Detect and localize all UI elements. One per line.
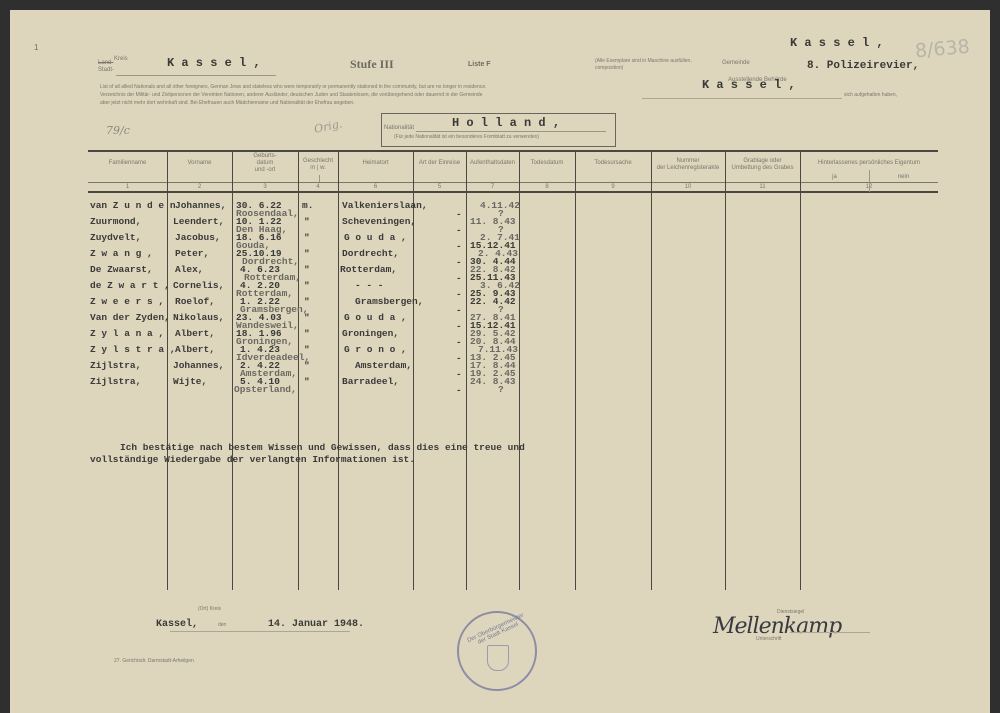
cell-given-name: Peter, — [175, 248, 209, 259]
cell-surname: Zuydvelt, — [90, 232, 141, 243]
col-header-death-date: Todesdatum — [519, 160, 575, 167]
col-num-3: 3 — [232, 184, 298, 191]
cell-entry: - — [456, 225, 462, 236]
cell-entry: - — [456, 321, 462, 332]
cell-home: Scheveningen, — [342, 216, 416, 227]
cell-given-name: Albert, — [175, 344, 215, 355]
nationality-note: (Für jede Nationalität ist ein besondere… — [394, 134, 539, 141]
col-header-property: Hinterlassenes persönliches Eigentum — [800, 160, 938, 167]
col-line — [519, 150, 520, 590]
place-value: Kassel, — [156, 619, 198, 630]
cell-home: Amsterdam, — [355, 360, 412, 371]
col-header-surname: Familienname — [88, 160, 167, 167]
stadt-label: Stadt- — [98, 67, 114, 74]
cell-entry: - — [456, 385, 462, 396]
col-header-grave: Grablage oder Umbettung des Grabes — [725, 158, 800, 172]
cell-given-name: Wijte, — [173, 376, 207, 387]
cell-home: G o u d a , — [344, 312, 407, 323]
cell-sex: m. — [302, 200, 313, 211]
col-header-birth: Geburts- datum und -ort — [232, 153, 298, 174]
intro-line-2-end: sich aufgehalten haben, — [844, 92, 897, 99]
instructions-note: (Alle Exemplare sind in Maschine ausfüll… — [595, 58, 705, 72]
cell-surname: de Z w a r t , — [90, 280, 170, 291]
cell-stay-from: 22. 4.42 — [470, 296, 516, 307]
cell-given-name: Leendert, — [173, 216, 224, 227]
cell-home: Gramsbergen, — [355, 296, 423, 307]
cell-surname: De Zwaarst, — [90, 264, 153, 275]
col-num-7: 7 — [466, 184, 519, 191]
col-header-death-cause: Todesursache — [575, 160, 651, 167]
cell-entry: - — [456, 257, 462, 268]
cell-given-name: Cornelis, — [173, 280, 224, 291]
cell-home: - - - — [355, 280, 384, 291]
official-seal: Der Oberbürgermeister der Stadt Kassel — [457, 611, 537, 691]
cell-given-name: Jacobus, — [175, 232, 221, 243]
cell-sex: " — [304, 280, 310, 291]
col-header-given-name: Vorname — [167, 160, 232, 167]
col-num-10: 10 — [651, 184, 725, 191]
col-header-home: Heimatort — [338, 160, 413, 167]
intro-line-3: aber jetzt nicht mehr dort wohnhaft sind… — [100, 100, 640, 107]
gemeinde-label: Gemeinde — [722, 60, 750, 67]
col-line — [338, 150, 339, 590]
cell-surname: Z w a n g , — [90, 248, 153, 259]
cell-stay-from: 11. 8.43 — [470, 216, 516, 227]
col-line — [575, 150, 576, 590]
place-label: (Ort) Kreis — [198, 606, 221, 613]
nationality-value: H o l l a n d , — [452, 116, 560, 130]
col-line — [725, 150, 726, 590]
land-label-struck: Land- — [98, 60, 113, 67]
liste-label: Liste F — [468, 61, 491, 68]
cell-given-name: Nikolaus, — [173, 312, 224, 323]
col-num-5: 5 — [413, 184, 466, 191]
intro-line-2: Verzeichnis der Militär- und Zivilperson… — [100, 92, 640, 99]
cell-birth-place: Opsterland, — [234, 384, 297, 395]
cell-surname: Zijlstra, — [90, 376, 141, 387]
intro-line-1: List of all allied Nationals and all oth… — [100, 84, 900, 91]
table-top-rule — [88, 150, 938, 152]
handwritten-note: 79/c — [106, 124, 130, 137]
cell-entry: - — [456, 289, 462, 300]
signature-label: Unterschrift — [756, 636, 782, 643]
cell-stay-to: ? — [498, 384, 504, 395]
cell-surname: Z y l s t r a , — [90, 344, 176, 355]
col-header-property-yes: ja — [800, 174, 869, 181]
cell-home: Valkenierslaan, — [342, 200, 428, 211]
header-bottom-rule — [88, 191, 938, 193]
cell-home: G r o n o , — [344, 344, 407, 355]
col-num-2: 2 — [167, 184, 232, 191]
cell-entry: - — [456, 305, 462, 316]
col-line — [800, 150, 801, 590]
cell-home: G o u d a , — [344, 232, 407, 243]
certification-line-2: vollständige Wiedergabe der verlangten I… — [90, 454, 415, 465]
nationality-label: Nationalität — [384, 125, 414, 132]
col-num-1: 1 — [88, 184, 167, 191]
cell-sex: " — [304, 264, 310, 275]
nationality-box: Nationalität H o l l a n d , (Für jede N… — [381, 113, 616, 147]
col-num-8: 8 — [519, 184, 575, 191]
certification-line-1: Ich bestätige nach bestem Wissen und Gew… — [120, 442, 525, 453]
date-value: 14. Januar 1948. — [268, 619, 364, 630]
cell-entry: - — [456, 209, 462, 220]
col-header-property-no: nein — [869, 174, 938, 181]
col-num-9: 9 — [575, 184, 651, 191]
col-num-4: 4 — [298, 184, 338, 191]
col-header-sex: Geschlecht m | w. — [298, 158, 338, 172]
cell-entry: - — [456, 241, 462, 252]
page-marker: 1 — [34, 43, 38, 52]
cell-sex: " — [304, 312, 310, 323]
cell-sex: " — [304, 360, 310, 371]
cell-sex: " — [304, 328, 310, 339]
cell-given-name: Albert, — [175, 328, 215, 339]
cell-entry: - — [456, 273, 462, 284]
coat-of-arms-icon — [487, 645, 509, 671]
kreis-label: Kreis — [114, 56, 128, 63]
intro-dotted-line — [642, 98, 842, 99]
cell-surname: Z w e e r s , — [90, 296, 164, 307]
cell-home: Rotterdam, — [340, 264, 397, 275]
archive-number: 8/638 — [914, 36, 970, 63]
cell-sex: " — [304, 232, 310, 243]
cell-given-name: Johannes, — [173, 360, 224, 371]
cell-given-name: Roelof, — [175, 296, 215, 307]
cell-given-name: Alex, — [175, 264, 204, 275]
stufe-label: Stufe III — [350, 57, 394, 72]
cell-sex: " — [304, 248, 310, 259]
cell-home: Groningen, — [342, 328, 399, 339]
cell-sex: " — [304, 216, 310, 227]
col-line — [651, 150, 652, 590]
document-page: 1 Land- Kreis Stadt- K a s s e l , Stufe… — [10, 10, 990, 713]
col-header-register: Nummer der Leichenregisterakte — [651, 158, 725, 172]
city-underline — [116, 75, 276, 76]
header-divider — [88, 182, 938, 183]
cell-stay-from: 24. 8.43 — [470, 376, 516, 387]
cell-given-name: Johannes, — [175, 200, 226, 211]
col-line — [466, 150, 467, 590]
city-value: K a s s e l , — [167, 56, 261, 70]
authority-value: 8. Polizeirevier, — [807, 60, 919, 72]
col-header-entry: Art der Einreise — [413, 160, 466, 167]
cell-surname: Z y l a n a , — [90, 328, 164, 339]
col-subline — [869, 170, 870, 192]
cell-home: Barradeel, — [342, 376, 399, 387]
cell-surname: Zuurmond, — [90, 216, 141, 227]
sex-subline — [319, 175, 320, 182]
cell-surname: Zijlstra, — [90, 360, 141, 371]
gemeinde-value: K a s s e l , — [790, 36, 884, 50]
col-line — [232, 150, 233, 590]
handwritten-stamp: Orig. — [313, 117, 343, 136]
den-label: den — [218, 622, 226, 629]
date-underline — [170, 631, 350, 632]
nationality-underline — [416, 131, 606, 132]
cell-entry: - — [456, 337, 462, 348]
cell-surname: Van der Zyden, — [90, 312, 170, 323]
signature-line — [790, 632, 870, 633]
cell-home: Dordrecht, — [342, 248, 399, 259]
cell-entry: - — [456, 369, 462, 380]
col-num-6: 6 — [338, 184, 413, 191]
col-num-11: 11 — [725, 184, 800, 191]
col-line — [167, 150, 168, 590]
col-header-stay: Aufenthaltsdaten — [466, 160, 519, 167]
cell-entry: - — [456, 353, 462, 364]
cell-sex: " — [304, 376, 310, 387]
cell-surname: van Z u n d e n — [90, 200, 176, 211]
printer-note: 27. Gerichtsdr. Darmstadt-Arheilgen — [114, 658, 194, 665]
